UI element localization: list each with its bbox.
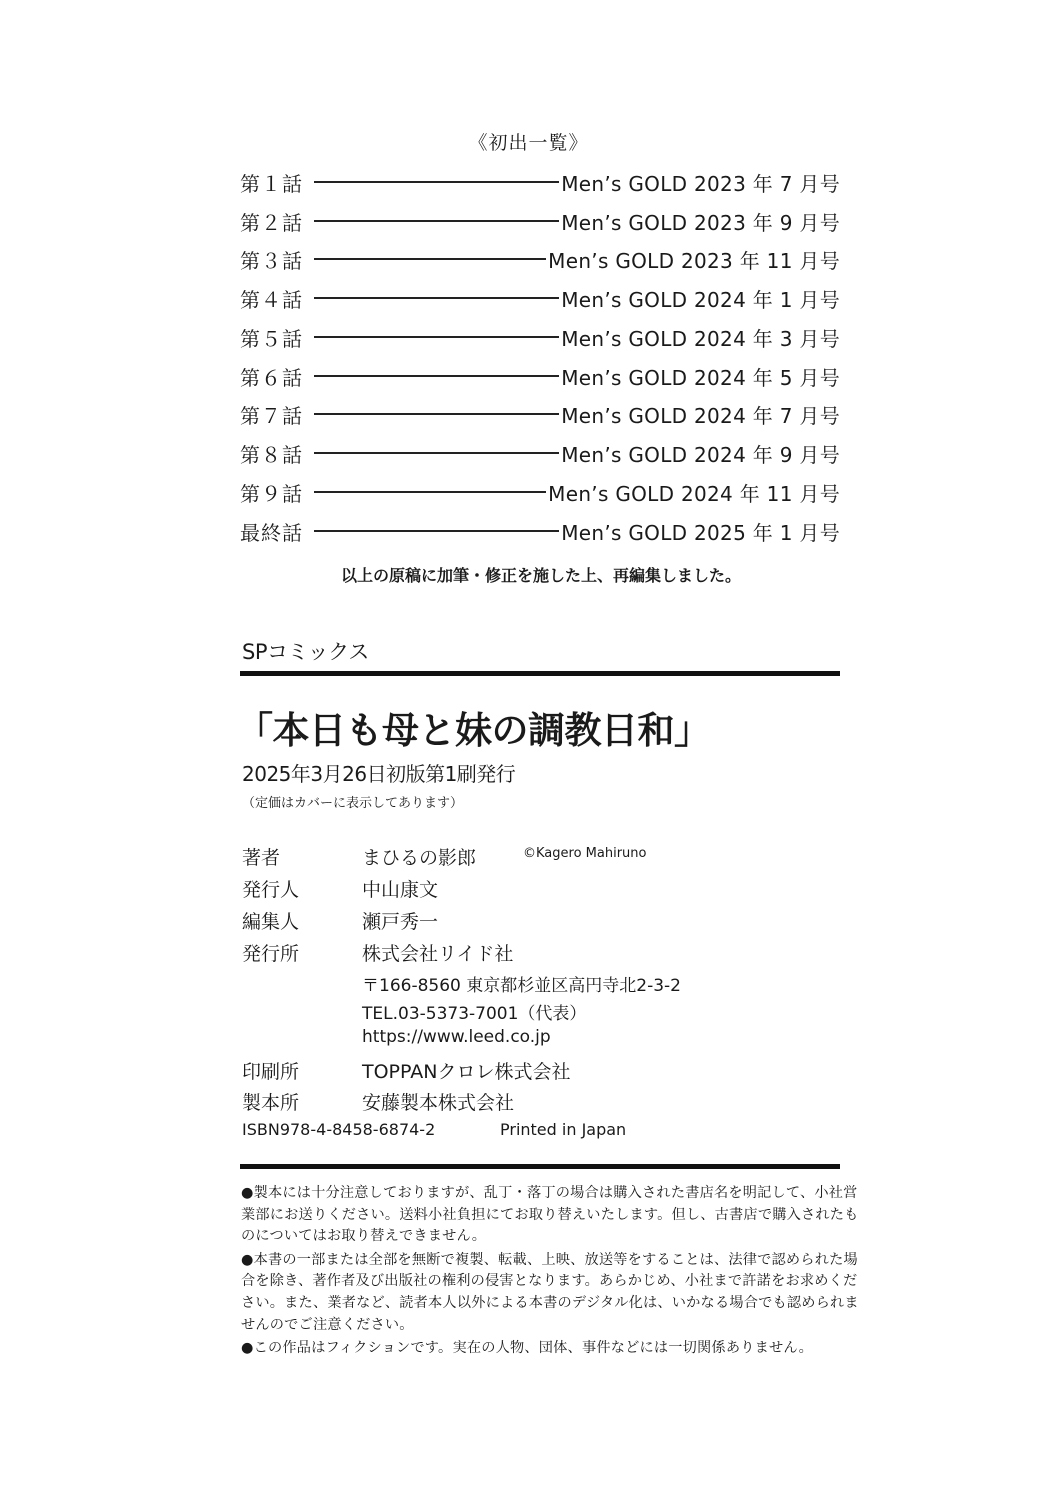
episode-label: 第７話 bbox=[240, 400, 310, 429]
episode-label: 第６話 bbox=[240, 362, 310, 391]
isbn: ISBN978-4-8458-6874-2 bbox=[242, 1120, 435, 1139]
publication-source: Men’s GOLD 2023 年 11 月号 bbox=[548, 245, 840, 274]
publication-source: Men’s GOLD 2024 年 5 月号 bbox=[561, 362, 840, 391]
credit-label-printer: 印刷所 bbox=[242, 1057, 299, 1084]
publication-row: 第７話 Men’s GOLD 2024 年 7 月号 bbox=[240, 400, 840, 428]
episode-label: 第３話 bbox=[240, 245, 310, 274]
episode-label: 第２話 bbox=[240, 207, 310, 236]
publication-row: 第９話 Men’s GOLD 2024 年 11 月号 bbox=[240, 478, 840, 506]
printed-in: Printed in Japan bbox=[500, 1120, 626, 1139]
leader-line bbox=[314, 336, 559, 338]
credit-label-publishing-house: 発行所 bbox=[242, 939, 299, 966]
telephone: TEL.03-5373-7001（代表） bbox=[362, 999, 586, 1024]
notice-copyright: ●本書の一部または全部を無断で複製、転載、上映、放送等をすることは、法律で認めら… bbox=[241, 1250, 861, 1336]
leader-line bbox=[314, 220, 559, 222]
publication-row: 第２話 Men’s GOLD 2023 年 9 月号 bbox=[240, 207, 840, 235]
credit-value-printer: TOPPANクロレ株式会社 bbox=[362, 1057, 570, 1084]
leader-line bbox=[314, 413, 559, 415]
credit-label-publisher: 発行人 bbox=[242, 875, 299, 902]
divider-rule bbox=[240, 1164, 840, 1169]
publication-source: Men’s GOLD 2023 年 7 月号 bbox=[561, 168, 840, 197]
price-note: （定価はカバーに表示してあります） bbox=[242, 792, 463, 811]
credit-value-binder: 安藤製本株式会社 bbox=[362, 1088, 514, 1115]
publication-source: Men’s GOLD 2024 年 7 月号 bbox=[561, 400, 840, 429]
notice-fiction: ●この作品はフィクションです。実在の人物、団体、事件などには一切関係ありません。 bbox=[241, 1338, 861, 1360]
episode-label: 第１話 bbox=[240, 168, 310, 197]
leader-line bbox=[314, 375, 559, 377]
address: 〒166-8560 東京都杉並区高円寺北2-3-2 bbox=[362, 971, 681, 996]
publication-row: 第６話 Men’s GOLD 2024 年 5 月号 bbox=[240, 362, 840, 390]
notice-misprint: ●製本には十分注意しておりますが、乱丁・落丁の場合は購入された書店名を明記して、… bbox=[241, 1183, 861, 1248]
leader-line bbox=[314, 452, 559, 454]
series-label: SPコミックス bbox=[242, 636, 369, 666]
episode-label: 最終話 bbox=[240, 517, 310, 546]
publication-row: 第８話 Men’s GOLD 2024 年 9 月号 bbox=[240, 439, 840, 467]
website-link[interactable]: https://www.leed.co.jp bbox=[362, 1027, 551, 1047]
first-appearance-heading: 《初出一覧》 bbox=[0, 128, 1057, 155]
publication-source: Men’s GOLD 2024 年 1 月号 bbox=[561, 284, 840, 313]
episode-label: 第８話 bbox=[240, 439, 310, 468]
leader-line bbox=[314, 297, 559, 299]
legal-notices: ●製本には十分注意しておりますが、乱丁・落丁の場合は購入された書店名を明記して、… bbox=[241, 1183, 861, 1362]
publication-row: 第５話 Men’s GOLD 2024 年 3 月号 bbox=[240, 323, 840, 351]
credit-value-publishing-house: 株式会社リイド社 bbox=[362, 939, 513, 966]
publication-source: Men’s GOLD 2024 年 9 月号 bbox=[561, 439, 840, 468]
episode-label: 第４話 bbox=[240, 284, 310, 313]
leader-line bbox=[314, 258, 546, 260]
publication-source: Men’s GOLD 2024 年 11 月号 bbox=[548, 478, 840, 507]
publication-date: 2025年3月26日初版第1刷発行 bbox=[242, 758, 515, 787]
revision-note: 以上の原稿に加筆・修正を施した上、再編集しました。 bbox=[0, 563, 1057, 586]
publication-row: 最終話 Men’s GOLD 2025 年 1 月号 bbox=[240, 517, 840, 545]
credit-value-editor: 瀬戸秀一 bbox=[362, 907, 438, 934]
leader-line bbox=[314, 491, 546, 493]
credit-label-binder: 製本所 bbox=[242, 1088, 299, 1115]
publication-row: 第３話 Men’s GOLD 2023 年 11 月号 bbox=[240, 245, 840, 273]
episode-label: 第９話 bbox=[240, 478, 310, 507]
publication-row: 第１話 Men’s GOLD 2023 年 7 月号 bbox=[240, 168, 840, 196]
divider-rule bbox=[240, 671, 840, 676]
episode-label: 第５話 bbox=[240, 323, 310, 352]
copyright: ©Kagero Mahiruno bbox=[523, 846, 646, 861]
credit-label-author: 著者 bbox=[242, 843, 280, 870]
credit-label-editor: 編集人 bbox=[242, 907, 299, 934]
publication-row: 第４話 Men’s GOLD 2024 年 1 月号 bbox=[240, 284, 840, 312]
publication-source: Men’s GOLD 2024 年 3 月号 bbox=[561, 323, 840, 352]
leader-line bbox=[314, 181, 559, 183]
publication-source: Men’s GOLD 2023 年 9 月号 bbox=[561, 207, 840, 236]
publication-source: Men’s GOLD 2025 年 1 月号 bbox=[561, 517, 840, 546]
leader-line bbox=[314, 530, 559, 532]
book-title: 「本日も母と妹の調教日和」 bbox=[236, 700, 711, 754]
credit-value-publisher: 中山康文 bbox=[362, 875, 438, 902]
credit-value-author: まひるの影郎 bbox=[362, 843, 476, 870]
